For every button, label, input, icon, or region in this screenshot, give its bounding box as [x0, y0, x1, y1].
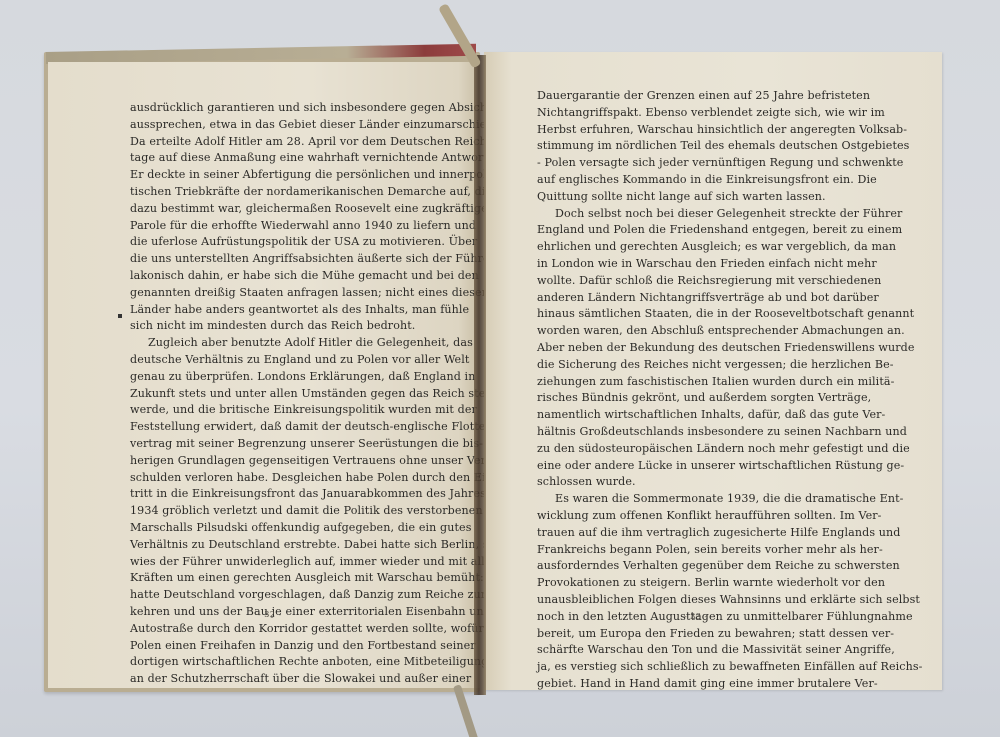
- right-page: Dauergarantie der Grenzen einen auf 25 J…: [484, 52, 942, 690]
- text-line: Marschalls Pilsudski offenkundig aufgege…: [130, 520, 415, 537]
- text-line: - Polen versagte sich jeder vernünftigen…: [537, 155, 862, 172]
- book-spine-gutter: [474, 55, 486, 695]
- text-line: ziehungen zum faschistischen Italien wur…: [537, 374, 862, 391]
- text-line: herigen Grundlagen gegenseitigen Vertrau…: [130, 453, 415, 470]
- text-line: Länder habe anders geantwortet als des I…: [130, 302, 415, 319]
- text-line: Quittung sollte nicht lange auf sich war…: [537, 189, 862, 206]
- margin-mark: [118, 314, 122, 318]
- text-line: eine oder andere Lücke in unserer wirtsc…: [537, 458, 862, 475]
- left-page-text: ausdrücklich garantieren und sich insbes…: [130, 100, 415, 688]
- paragraph: Dauergarantie der Grenzen einen auf 25 J…: [537, 88, 862, 206]
- text-line: Zugleich aber benutzte Adolf Hitler die …: [130, 335, 415, 352]
- text-line: 1934 gröblich verletzt und damit die Pol…: [130, 503, 415, 520]
- text-line: stimmung im nördlichen Teil des ehemals …: [537, 138, 862, 155]
- text-line: trauen auf die ihm vertraglich zugesiche…: [537, 525, 862, 542]
- text-line: ehrlichen und gerechten Ausgleich; es wa…: [537, 239, 862, 256]
- text-line: Nichtangriffspakt. Ebenso verblendet zei…: [537, 105, 862, 122]
- text-line: Doch selbst noch bei dieser Gelegenheit …: [537, 206, 862, 223]
- right-page-number: - 33 -: [684, 612, 708, 621]
- text-line: Zukunft stets und unter allen Umständen …: [130, 386, 415, 403]
- text-line: tischen Triebkräfte der nordamerikanisch…: [130, 184, 415, 201]
- text-line: hatte Deutschland vorgeschlagen, daß Dan…: [130, 587, 415, 604]
- text-line: wicklung zum offenen Konflikt heraufführ…: [537, 508, 862, 525]
- text-line: lakonisch dahin, er habe sich die Mühe g…: [130, 268, 415, 285]
- text-line: werde, und die britische Einkreisungspol…: [130, 402, 415, 419]
- text-line: worden waren, den Abschluß entsprechende…: [537, 323, 862, 340]
- corner-mark: ·: [841, 614, 844, 623]
- text-line: vertrag mit seiner Begrenzung unserer Se…: [130, 436, 415, 453]
- text-line: aussprechen, etwa in das Gebiet dieser L…: [130, 117, 415, 134]
- text-line: hinaus sämtlichen Staaten, die in der Ro…: [537, 306, 862, 323]
- text-line: auf englisches Kommando in die Einkreisu…: [537, 172, 862, 189]
- text-line: schlossen wurde.: [537, 474, 862, 491]
- text-line: unausbleiblichen Folgen dieses Wahnsinns…: [537, 592, 862, 609]
- text-line: dazu bestimmt war, gleichermaßen Rooseve…: [130, 201, 415, 218]
- left-page-number: - 32 -: [258, 610, 282, 619]
- text-line: genannten dreißig Staaten anfragen lasse…: [130, 285, 415, 302]
- text-line: bereit, um Europa den Frieden zu bewahre…: [537, 626, 862, 643]
- open-book: ausdrücklich garantieren und sich insbes…: [0, 0, 1000, 737]
- text-line: schulden verloren habe. Desgleichen habe…: [130, 470, 415, 487]
- text-line: Autostraße durch den Korridor gestattet …: [130, 621, 415, 638]
- text-line: England und Polen die Friedenshand entge…: [537, 222, 862, 239]
- text-line: die uferlose Aufrüstungspolitik der USA …: [130, 234, 415, 251]
- right-page-text: Dauergarantie der Grenzen einen auf 25 J…: [537, 88, 862, 693]
- text-line: Parole für die erhoffte Wiederwahl anno …: [130, 218, 415, 235]
- text-line: schärfte Warschau den Ton und die Massiv…: [537, 642, 862, 659]
- text-line: gebiet. Hand in Hand damit ging eine imm…: [537, 676, 862, 693]
- paragraph: ausdrücklich garantieren und sich insbes…: [130, 100, 415, 335]
- text-line: anderen Ländern Nichtangriffsverträge ab…: [537, 290, 862, 307]
- text-line: an der Schutzherrschaft über die Slowake…: [130, 671, 415, 688]
- text-line: tritt in die Einkreisungsfront das Janua…: [130, 486, 415, 503]
- text-line: wies der Führer unwiderleglich auf, imme…: [130, 554, 415, 571]
- text-line: ja, es verstieg sich schließlich zu bewa…: [537, 659, 862, 676]
- text-line: Provokationen zu steigern. Berlin warnte…: [537, 575, 862, 592]
- text-line: Er deckte in seiner Abfertigung die pers…: [130, 167, 415, 184]
- text-line: die Sicherung des Reiches nicht vergesse…: [537, 357, 862, 374]
- text-line: Herbst erfuhren, Warschau hinsichtlich d…: [537, 122, 862, 139]
- text-line: Polen einen Freihafen in Danzig und den …: [130, 638, 415, 655]
- text-line: in London wie in Warschau den Frieden ei…: [537, 256, 862, 273]
- text-line: genau zu überprüfen. Londons Erklärungen…: [130, 369, 415, 386]
- text-line: wollte. Dafür schloß die Reichsregierung…: [537, 273, 862, 290]
- text-line: dortigen wirtschaftlichen Rechte anboten…: [130, 654, 415, 671]
- text-line: namentlich wirtschaftlichen Inhalts, daf…: [537, 407, 862, 424]
- text-line: Frankreichs begann Polen, sein bereits v…: [537, 542, 862, 559]
- text-line: tage auf diese Anmaßung eine wahrhaft ve…: [130, 150, 415, 167]
- text-line: Kräften um einen gerechten Ausgleich mit…: [130, 570, 415, 587]
- text-line: sich nicht im mindesten durch das Reich …: [130, 318, 415, 335]
- paragraph: Es waren die Sommermonate 1939, die die …: [537, 491, 862, 693]
- text-line: die uns unterstellten Angriffsabsichten …: [130, 251, 415, 268]
- text-line: Dauergarantie der Grenzen einen auf 25 J…: [537, 88, 862, 105]
- text-line: Da erteilte Adolf Hitler am 28. April vo…: [130, 134, 415, 151]
- text-line: ausforderndes Verhalten gegenüber dem Re…: [537, 558, 862, 575]
- paragraph: Zugleich aber benutzte Adolf Hitler die …: [130, 335, 415, 688]
- text-line: risches Bündnis gekrönt, und außerdem so…: [537, 390, 862, 407]
- text-line: zu den südosteuropäischen Ländern noch m…: [537, 441, 862, 458]
- left-page: ausdrücklich garantieren und sich insbes…: [48, 62, 480, 688]
- paragraph: Doch selbst noch bei dieser Gelegenheit …: [537, 206, 862, 492]
- text-line: Es waren die Sommermonate 1939, die die …: [537, 491, 862, 508]
- text-line: Verhältnis zu Deutschland erstrebte. Dab…: [130, 537, 415, 554]
- text-line: ausdrücklich garantieren und sich insbes…: [130, 100, 415, 117]
- text-line: deutsche Verhältnis zu England und zu Po…: [130, 352, 415, 369]
- text-line: hältnis Großdeutschlands insbesondere zu…: [537, 424, 862, 441]
- text-line: Feststellung erwidert, daß damit der deu…: [130, 419, 415, 436]
- text-line: Aber neben der Bekundung des deutschen F…: [537, 340, 862, 357]
